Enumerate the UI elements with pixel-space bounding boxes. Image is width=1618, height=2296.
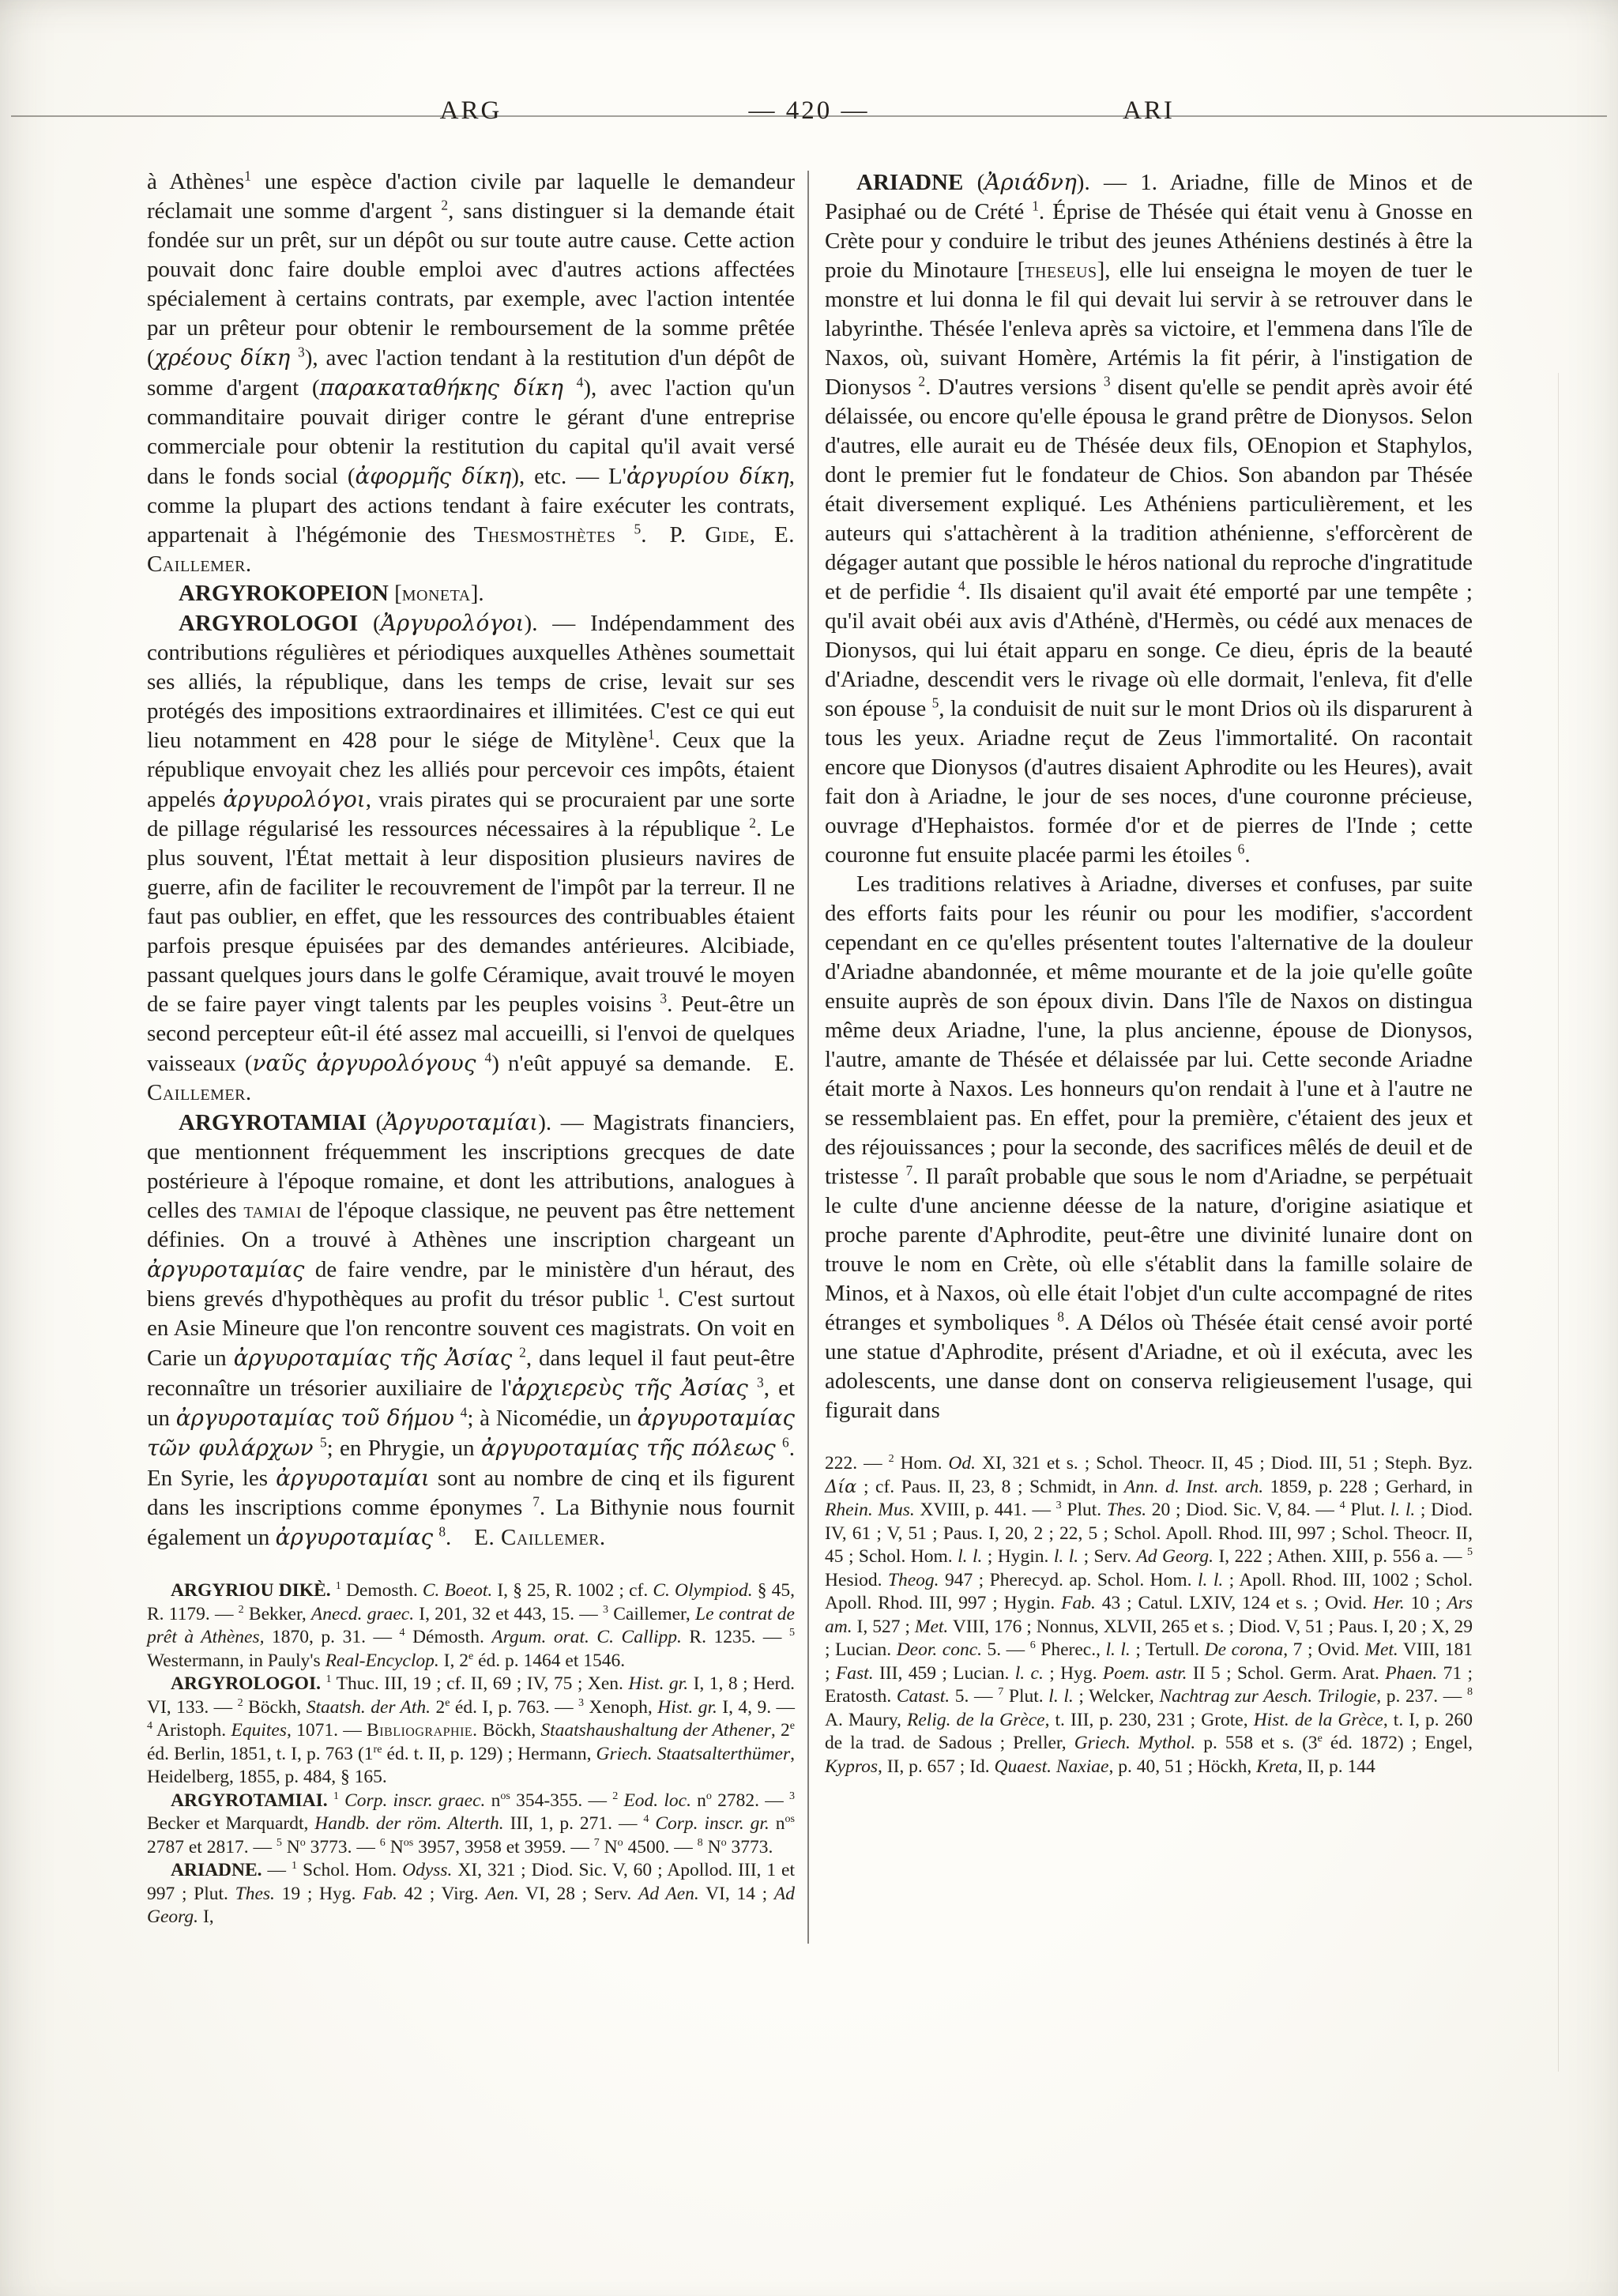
text-run: ].	[471, 581, 484, 606]
entry-headword: ARIADNE.	[171, 1860, 262, 1880]
cited-title: Griech. Staatsalterthümer	[596, 1744, 791, 1764]
right-column-body-text: ARIADNE (Ἀριάδνη). — 1. Ariadne, fille d…	[825, 167, 1473, 1425]
text-run: . D'autres versions	[925, 375, 1104, 400]
cited-title: Kypros	[825, 1756, 878, 1777]
cited-title: C. Boeot.	[423, 1580, 492, 1601]
text-run: , 7 ; Ovid.	[1283, 1639, 1364, 1660]
left-column: à Athènes1 une espèce d'action civile pa…	[147, 167, 795, 1929]
text-run	[776, 1436, 782, 1461]
text-run: 2787 et 2817. —	[147, 1837, 277, 1858]
body-paragraph: ARGYROLOGOI (Ἀργυρολόγοι). — Indépendamm…	[147, 608, 795, 1108]
cited-title: Her.	[1373, 1593, 1405, 1613]
text-run	[563, 375, 577, 401]
footnote-reference: 4	[1340, 1499, 1345, 1511]
cited-title: Met.	[915, 1617, 948, 1637]
greek-term: ἀργυρίου δίκη	[627, 463, 789, 489]
text-run: Plut.	[1062, 1500, 1107, 1520]
footnote-reference: 7	[532, 1493, 540, 1509]
footnote-reference: 2	[889, 1452, 894, 1465]
text-run: Hesiod.	[825, 1570, 888, 1590]
cited-title: l. l.	[1198, 1570, 1223, 1590]
small-caps-term: moneta	[402, 581, 471, 606]
right-column: ARIADNE (Ἀριάδνη). — 1. Ariadne, fille d…	[825, 167, 1473, 1778]
text-run: I, 2	[439, 1650, 468, 1671]
greek-term: ἀργυροταμίας τῆς Ἀσίας	[234, 1345, 512, 1371]
text-run: .	[1244, 842, 1250, 868]
text-run	[290, 345, 298, 371]
text-run	[476, 1051, 484, 1076]
footnote-reference: 3	[789, 1790, 795, 1802]
footnote-reference: 5	[932, 694, 939, 710]
text-run: Pherec.,	[1036, 1639, 1106, 1660]
small-caps-term: E. Caillemer.	[474, 1525, 605, 1550]
text-run: ; Hygin.	[982, 1546, 1054, 1567]
footnote-reference: 7	[905, 1162, 912, 1178]
text-run: III, 459 ; Lucian.	[874, 1663, 1015, 1684]
text-run: Demosth.	[341, 1580, 423, 1601]
text-run: ; Welcker,	[1074, 1686, 1160, 1707]
left-column-footnotes: ARGYRIOU DIKÈ. 1 Demosth. C. Boeot. I, §…	[147, 1579, 795, 1929]
text-run: éd. I, p. 763. —	[450, 1697, 579, 1718]
text-run: ; à Nicomédie, un	[467, 1406, 637, 1431]
text-run: —	[262, 1860, 292, 1880]
footnote-reference: 8	[698, 1836, 703, 1849]
footnote-reference: 1	[333, 1790, 339, 1802]
footnote-paragraph: ARGYRIOU DIKÈ. 1 Demosth. C. Boeot. I, §…	[147, 1579, 795, 1673]
small-caps-term: tamiai	[243, 1198, 302, 1223]
footnote-reference: o	[300, 1836, 306, 1849]
text-run: ; Tertull.	[1131, 1639, 1205, 1660]
text-run: 43 ; Catul. LXIV, 124 et s. ; Ovid.	[1096, 1593, 1373, 1613]
footnote-reference: 4	[485, 1049, 492, 1065]
text-run: Bekker,	[244, 1604, 311, 1624]
text-run: Thuc. III, 19 ; cf. II, 69 ; IV, 75 ; Xe…	[332, 1673, 629, 1694]
greek-term: ἀργυροταμίας	[276, 1524, 433, 1550]
footnote-reference: 2	[519, 1344, 526, 1360]
cited-title: Fab.	[1061, 1593, 1096, 1613]
footnote-paragraph: 222. — 2 Hom. Od. XI, 321 et s. ; Schol.…	[825, 1452, 1473, 1778]
text-run	[512, 1346, 519, 1371]
greek-term: ἀργυρολόγοι	[223, 786, 366, 812]
text-run: Plut.	[1345, 1500, 1390, 1520]
text-run: XI, 321 et s. ; Schol. Theocr. II, 45 ; …	[976, 1453, 1473, 1474]
footnote-reference: 8	[1057, 1308, 1064, 1324]
text-run: Böckh,	[478, 1720, 541, 1741]
small-caps-term: Thesmosthètes	[474, 522, 616, 548]
text-run: . Le plus souvent, l'État mettait à leur…	[147, 816, 795, 1017]
footnote-reference: 4	[958, 578, 965, 593]
footnote-reference: 6	[380, 1836, 386, 1849]
footnote-reference: re	[374, 1743, 382, 1756]
text-run: 3773.	[727, 1837, 773, 1858]
text-run: , II, p. 657 ; Id.	[878, 1756, 995, 1777]
footnote-reference: os	[500, 1790, 510, 1802]
footnote-reference: 2	[749, 815, 756, 830]
entry-headword: ARIADNE	[856, 170, 963, 195]
text-run: éd. 1872) ; Engel,	[1323, 1733, 1473, 1753]
footnote-reference: o	[706, 1790, 712, 1802]
text-run: 5. —	[982, 1639, 1030, 1660]
footnote-reference: 8	[438, 1523, 446, 1539]
cited-title: Poem. astr.	[1103, 1663, 1187, 1684]
text-run: (	[963, 170, 984, 195]
text-run: A. Maury,	[825, 1710, 907, 1730]
text-run: Plut.	[1003, 1686, 1048, 1707]
right-column-footnotes: 222. — 2 Hom. Od. XI, 321 et s. ; Schol.…	[825, 1452, 1473, 1778]
footnote-reference: 3	[757, 1374, 764, 1390]
cited-title: Quaest. Naxiae	[995, 1756, 1109, 1777]
small-caps-term: Bibliographie.	[367, 1720, 478, 1741]
text-run: éd. p. 1464 et 1546.	[473, 1650, 625, 1671]
text-run: ; cf. Paus. II, 23, 8 ; Schmidt, in	[856, 1477, 1123, 1497]
text-run: p. 558 et s. (3	[1195, 1733, 1317, 1753]
entry-headword: ARGYROLOGOI.	[171, 1673, 321, 1694]
cited-title: Aen.	[485, 1884, 518, 1904]
footnote-paragraph: ARGYROLOGOI. 1 Thuc. III, 19 ; cf. II, 6…	[147, 1673, 795, 1790]
cited-title: l. l.	[1048, 1686, 1073, 1707]
body-paragraph: Les traditions relatives à Ariadne, dive…	[825, 870, 1473, 1425]
greek-term: Ἀργυρολόγοι	[381, 610, 525, 636]
footnote-reference: 3	[298, 344, 305, 359]
text-run: n	[485, 1790, 500, 1811]
footnote-reference: 1	[292, 1859, 297, 1872]
cited-title: Ad Georg.	[1136, 1546, 1213, 1567]
cited-title: Ann. d. Inst. arch.	[1124, 1477, 1263, 1497]
footnote-reference: 5	[634, 521, 642, 536]
cited-title: Kreta	[1256, 1756, 1298, 1777]
footnote-reference: 2	[918, 373, 925, 389]
greek-term: ἀργυροταμίας τοῦ δήμου	[176, 1405, 454, 1431]
cited-title: C. Olympiod.	[653, 1580, 752, 1601]
footnote-reference: 5	[277, 1836, 282, 1849]
text-run: .	[641, 522, 669, 548]
cited-title: Real-Encyclop.	[325, 1650, 439, 1671]
small-caps-term: theseus	[1025, 258, 1097, 283]
text-run: Westermann, in Pauly's	[147, 1650, 325, 1671]
cited-title: l. l.	[1105, 1639, 1130, 1660]
footnote-reference: os	[404, 1836, 414, 1849]
text-run: 1870, p. 31. —	[265, 1627, 400, 1647]
footnote-reference: 3	[1104, 373, 1111, 389]
greek-term: Ἀριάδνη	[984, 169, 1077, 195]
footnote-reference: 6	[1238, 841, 1245, 856]
footnote-reference: 6	[782, 1434, 789, 1450]
greek-term: ἀργυροταμίας τῆς πόλεως	[481, 1435, 776, 1461]
cited-title: l. l.	[958, 1546, 982, 1567]
text-run: III, 1, p. 271. —	[504, 1813, 644, 1834]
text-run	[748, 1376, 757, 1401]
footnote-reference: os	[785, 1812, 795, 1825]
cited-title: Od.	[948, 1453, 976, 1474]
text-run: ; Serv.	[1078, 1546, 1136, 1567]
entry-headword: ARGYROLOGOI	[179, 611, 358, 636]
text-run	[615, 522, 634, 548]
body-paragraph: ARGYROKOPEION [moneta].	[147, 579, 795, 608]
text-run	[454, 1406, 461, 1431]
footnote-paragraph: ARIADNE. — 1 Schol. Hom. Odyss. XI, 321 …	[147, 1859, 795, 1929]
footnote-reference: 3	[1056, 1499, 1062, 1511]
text-run: , t. III, p. 230, 231 ; Grote,	[1045, 1710, 1254, 1730]
text-run: 354-355. —	[510, 1790, 612, 1811]
text-run: ), etc. — L'	[511, 464, 627, 489]
text-run: N	[703, 1837, 721, 1858]
cited-title: Odyss.	[402, 1860, 452, 1880]
cited-title: l. c.	[1015, 1663, 1044, 1684]
cited-title: l. l.	[1054, 1546, 1078, 1567]
text-run	[328, 1790, 333, 1811]
cited-title: Staatsh. der Ath.	[307, 1697, 431, 1718]
text-run: 5. —	[950, 1686, 998, 1707]
text-run: Böckh,	[243, 1697, 307, 1718]
footnote-reference: 1	[1032, 198, 1039, 213]
footnote-reference: 2	[239, 1603, 244, 1616]
footnote-reference: 1	[336, 1579, 341, 1592]
greek-term: ἀφορμῆς δίκη	[356, 463, 512, 489]
text-run: à Athènes	[147, 169, 244, 194]
text-run: N	[600, 1837, 618, 1858]
footnote-reference: 5	[320, 1434, 327, 1450]
text-run: II 5 ; Schol. Germ. Arat.	[1187, 1663, 1386, 1684]
text-run: n	[769, 1813, 785, 1834]
cited-title: Thes.	[235, 1884, 275, 1904]
cited-title: Eod. loc.	[623, 1790, 691, 1811]
body-paragraph: ARIADNE (Ἀριάδνη). — 1. Ariadne, fille d…	[825, 167, 1473, 870]
footnote-reference: 1	[325, 1673, 331, 1685]
footnote-reference: 8	[1467, 1685, 1473, 1698]
text-run: Aristoph.	[152, 1720, 231, 1741]
footnote-reference: 5	[1467, 1545, 1473, 1558]
greek-term: Δία	[825, 1477, 856, 1497]
text-run: VI, 14 ;	[699, 1884, 774, 1904]
text-run: 2782. —	[712, 1790, 789, 1811]
text-run: 222. —	[825, 1453, 889, 1474]
text-run	[314, 1436, 320, 1461]
cited-title: Corp. inscr. gr.	[655, 1813, 769, 1834]
footnote-paragraph: ARGYROTAMIAI. 1 Corp. inscr. graec. nos …	[147, 1790, 795, 1860]
greek-term: ναῦς ἀργυρολόγους	[252, 1050, 476, 1076]
text-run: Hom.	[894, 1453, 949, 1474]
text-run: éd. Berlin, 1851, t. I, p. 763 (1	[147, 1744, 374, 1764]
footnote-reference: 2	[441, 197, 448, 213]
text-run: 4500. —	[623, 1837, 698, 1858]
text-run: 3957, 3958 et 3959. —	[413, 1837, 593, 1858]
text-run: , la conduisit de nuit sur le mont Drios…	[825, 696, 1473, 868]
text-run: 2	[431, 1697, 445, 1718]
cited-title: Fab.	[363, 1884, 397, 1904]
greek-term: ἀργυροταμίας	[147, 1256, 304, 1282]
text-run: , II, p. 144	[1298, 1756, 1375, 1777]
text-run: Caillemer,	[608, 1604, 695, 1624]
cited-title: Nachtrag zur Aesch. Trilogie	[1159, 1686, 1376, 1707]
text-run: Becker et Marquardt,	[147, 1813, 314, 1834]
cited-title: Staatshaushaltung der Athener	[540, 1720, 771, 1741]
text-run: 19 ; Hyg.	[275, 1884, 363, 1904]
footnote-reference: 6	[1030, 1639, 1036, 1651]
text-run: , p. 237. —	[1376, 1686, 1467, 1707]
footnote-reference: 7	[594, 1836, 600, 1849]
text-run: N	[386, 1837, 404, 1858]
footnote-reference: 1	[648, 726, 655, 742]
footnote-reference: o	[721, 1836, 727, 1849]
cited-title: l. l.	[1390, 1500, 1416, 1520]
footnote-reference: e	[790, 1719, 795, 1732]
cited-title: Hist. de la Grèce	[1254, 1710, 1383, 1730]
text-run: ; en Phrygie, un	[327, 1436, 481, 1461]
text-run: .	[446, 1525, 474, 1550]
column-divider-rule	[807, 171, 809, 1944]
cited-title: Fast.	[836, 1663, 874, 1684]
cited-title: Phaen.	[1385, 1663, 1437, 1684]
text-run: Schol. Hom.	[297, 1860, 402, 1880]
cited-title: Griech. Mythol.	[1074, 1733, 1196, 1753]
footnote-reference: 1	[657, 1285, 664, 1300]
cited-title: Anecd. graec.	[311, 1604, 414, 1624]
text-run: Démosth.	[405, 1627, 492, 1647]
text-run: I, 527 ;	[852, 1617, 915, 1637]
footnote-reference: 5	[789, 1626, 795, 1639]
text-run: ) n'eût appuyé sa demande.	[491, 1051, 774, 1076]
left-column-body-text: à Athènes1 une espèce d'action civile pa…	[147, 167, 795, 1553]
footnote-reference: 3	[660, 990, 667, 1006]
text-run: ; Hyg.	[1044, 1663, 1103, 1684]
dictionary-page: ARG — 420 — ARI à Athènes1 une espèce d'…	[0, 0, 1618, 2296]
cited-title: Hist. gr.	[628, 1673, 688, 1694]
text-run: I, 222 ; Athen. XIII, p. 556 a. —	[1213, 1546, 1467, 1567]
cited-title: Relig. de la Grèce	[907, 1710, 1045, 1730]
cited-title: Met.	[1364, 1639, 1398, 1660]
footnote-reference: o	[618, 1836, 623, 1849]
text-run: VI, 28 ; Serv.	[519, 1884, 638, 1904]
text-run: , p. 40, 51 ; Höckh,	[1108, 1756, 1256, 1777]
cited-title: Theog.	[888, 1570, 939, 1590]
cited-title: De corona	[1205, 1639, 1284, 1660]
text-run: I, 4, 9. —	[717, 1697, 795, 1718]
cited-title: Hist. gr.	[657, 1697, 717, 1718]
text-run: I, 201, 32 et 443, 15. —	[414, 1604, 603, 1624]
text-run: n	[691, 1790, 706, 1811]
cited-title: Rhein. Mus.	[825, 1500, 915, 1520]
greek-term: παρακαταθήκης δίκη	[320, 375, 563, 401]
text-run: 42 ; Virg.	[397, 1884, 486, 1904]
text-run: R. 1235. —	[682, 1627, 789, 1647]
text-run: Les traditions relatives à Ariadne, dive…	[825, 871, 1473, 1189]
scan-edge-artifact	[1558, 373, 1559, 2072]
text-run: (	[367, 1110, 383, 1135]
text-run: 10 ;	[1405, 1593, 1447, 1613]
text-run: XVIII, p. 441. —	[915, 1500, 1056, 1520]
text-run: I, § 25, R. 1002 ; cf.	[492, 1580, 653, 1601]
text-run: Xenoph,	[584, 1697, 657, 1718]
cited-title: Thes.	[1107, 1500, 1146, 1520]
text-run: , 2	[771, 1720, 790, 1741]
cited-title: Ad Aen.	[638, 1884, 699, 1904]
cited-title: Argum. orat. C. Callipp.	[491, 1627, 682, 1647]
text-run: éd. t. II, p. 129) ; Hermann,	[382, 1744, 596, 1764]
cited-title: Deor. conc.	[897, 1639, 982, 1660]
text-run: (	[358, 611, 381, 636]
text-run: disent qu'elle se pendit après avoir été…	[825, 375, 1473, 604]
greek-term: ἀργυροταμίαι	[276, 1465, 430, 1491]
entry-headword: ARGYRIOU DIKÈ.	[171, 1580, 331, 1601]
text-run: N	[282, 1837, 300, 1858]
cited-title: Catast.	[897, 1686, 950, 1707]
greek-term: χρέους δίκη	[155, 344, 290, 371]
page-header: ARG — 420 — ARI	[0, 92, 1618, 139]
entry-headword: ARGYROTAMIAI.	[171, 1790, 328, 1811]
body-paragraph: ARGYROTAMIAI (Ἀργυροταμίαι). — Magistrat…	[147, 1108, 795, 1553]
greek-term: Ἀργυροταμίαι	[383, 1109, 538, 1135]
running-head-right: ARI	[825, 96, 1473, 126]
cited-title: Handb. der röm. Alterth.	[314, 1813, 503, 1834]
greek-term: ἀρχιερεὺς τῆς Ἀσίας	[512, 1375, 748, 1401]
footnote-reference: 4	[147, 1719, 152, 1732]
text-run: 1859, p. 228 ; Gerhard, in	[1263, 1477, 1473, 1497]
text-run: , 1071. —	[287, 1720, 367, 1741]
footnote-reference: 1	[244, 167, 251, 183]
text-run: [	[389, 581, 402, 606]
text-run: 947 ; Pherecyd. ap. Schol. Hom.	[939, 1570, 1198, 1590]
footnote-reference: 3	[603, 1603, 608, 1616]
text-run: I,	[198, 1906, 214, 1927]
text-run: 20 ; Diod. Sic. V, 84. —	[1146, 1500, 1340, 1520]
footnote-reference: 2	[238, 1696, 243, 1709]
footnote-reference: 4	[400, 1626, 405, 1639]
cited-title: Equites	[231, 1720, 287, 1741]
text-run: 3773. —	[306, 1837, 380, 1858]
entry-headword: ARGYROKOPEION	[179, 581, 389, 606]
body-paragraph: à Athènes1 une espèce d'action civile pa…	[147, 167, 795, 579]
cited-title: Corp. inscr. graec.	[344, 1790, 485, 1811]
entry-headword: ARGYROTAMIAI	[179, 1110, 367, 1135]
